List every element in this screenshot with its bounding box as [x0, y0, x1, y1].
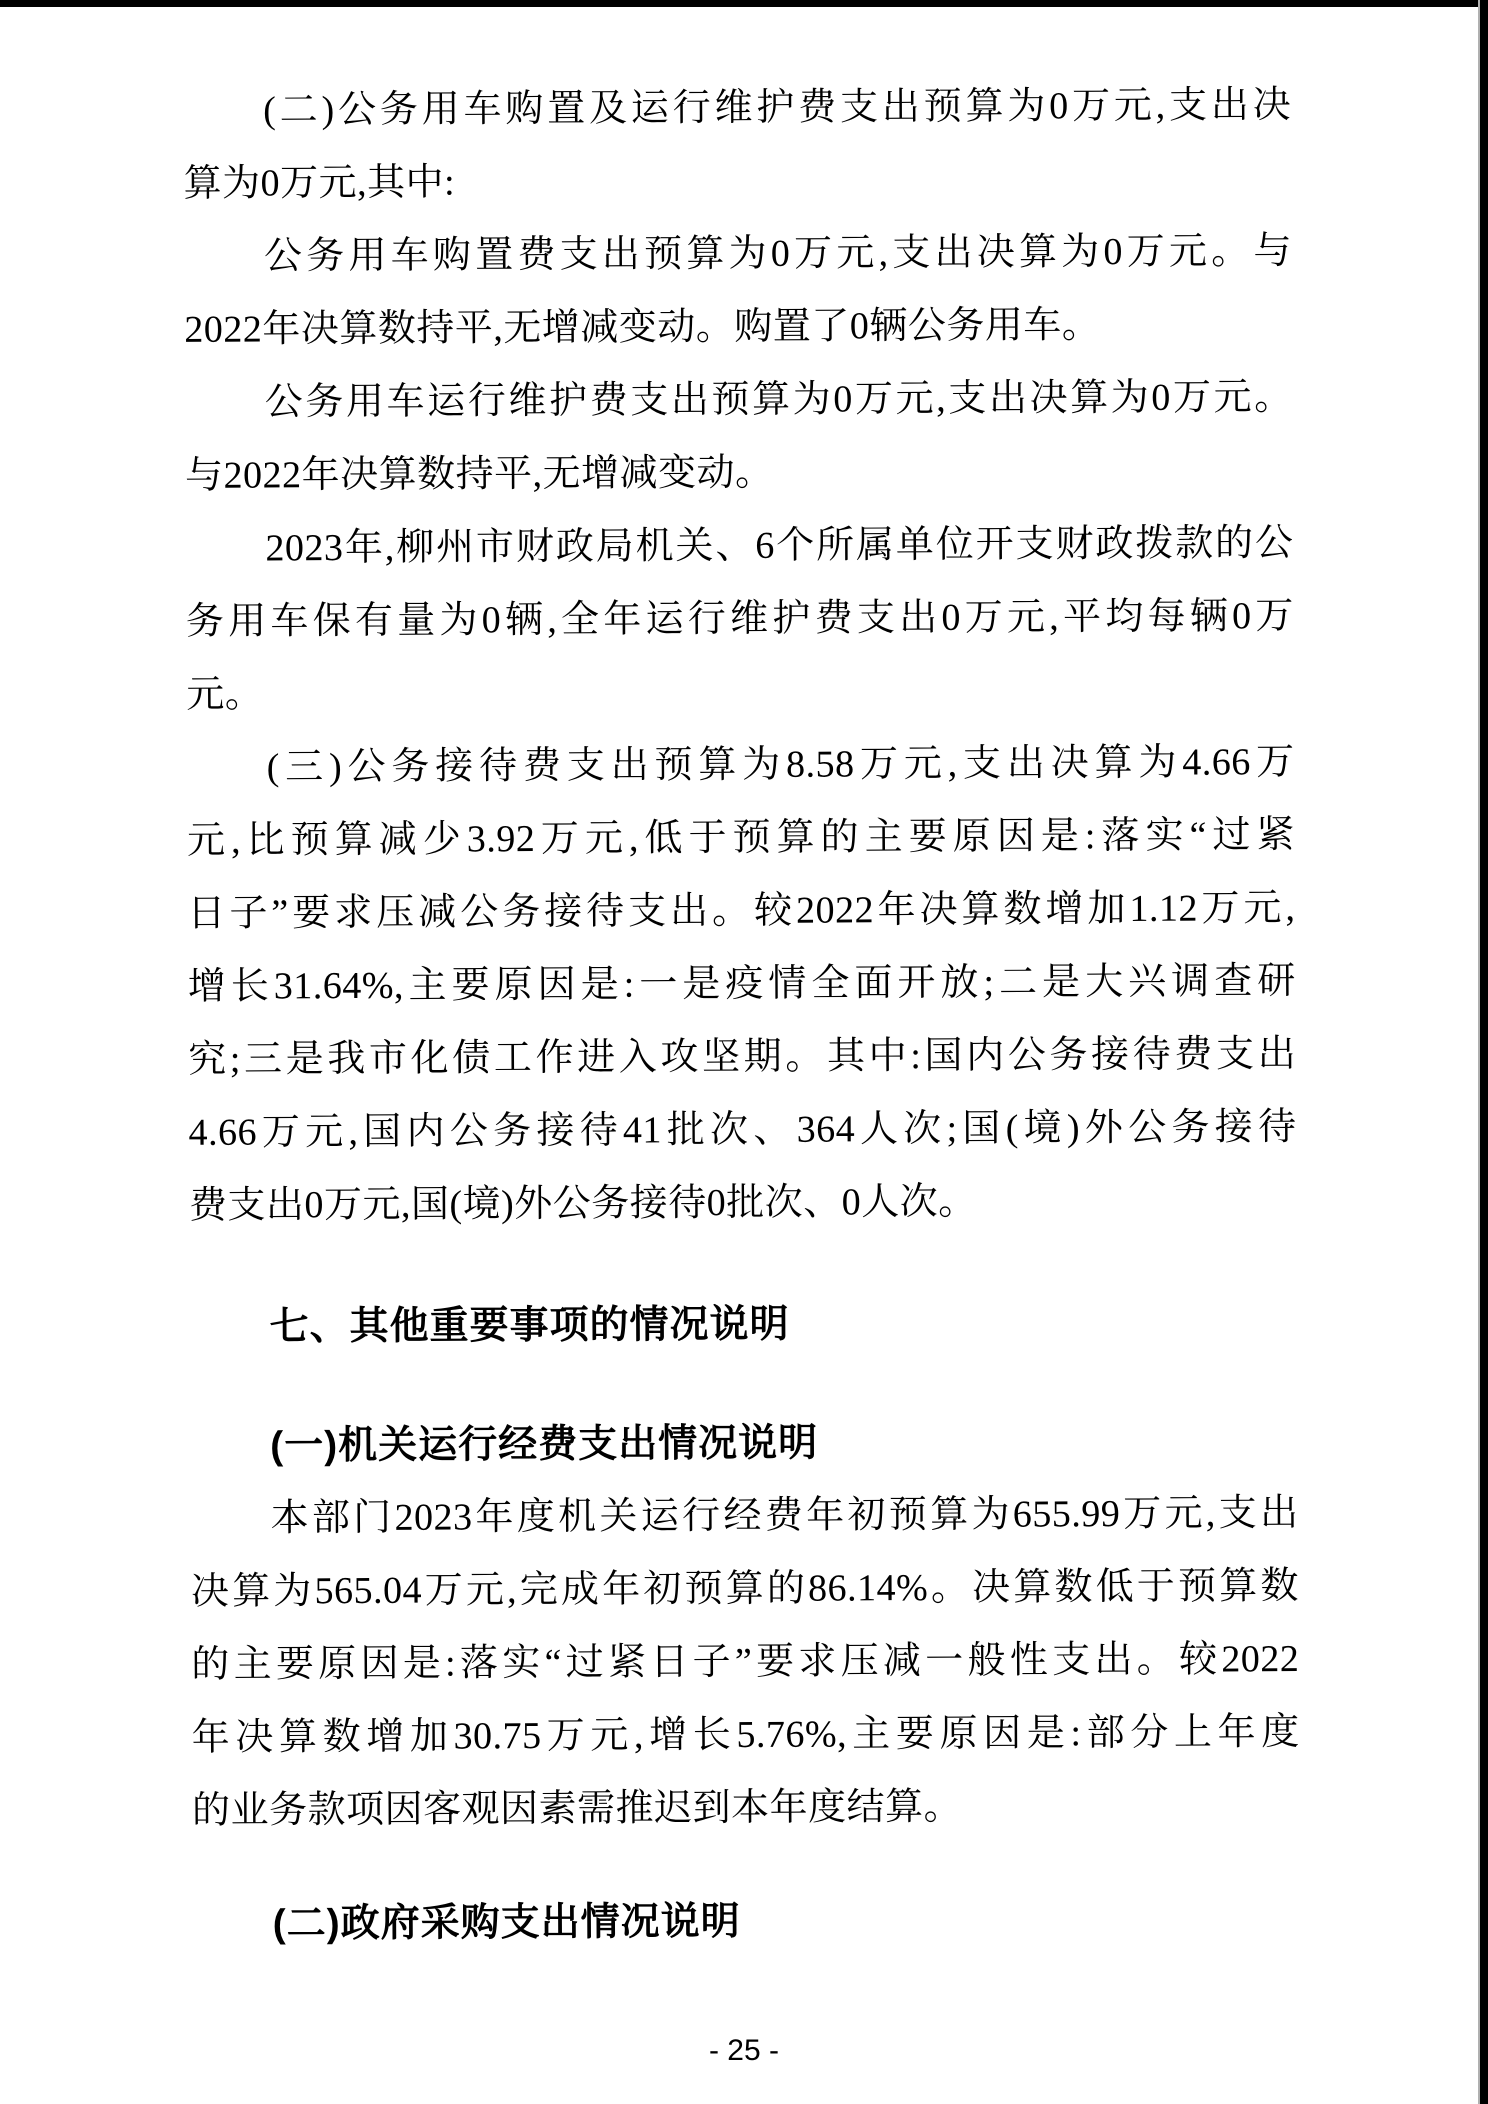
body-line: 年决算数增加30.75万元,增长5.76%,主要原因是:部分上年度 — [192, 1696, 1300, 1775]
page-number: - 25 - — [0, 2034, 1488, 2068]
para-agency-operating-expense: 本部门2023年度机关运行经费年初预算为655.99万元,支出 决算为565.0… — [190, 1477, 1300, 1848]
para-vehicle-purchase-fee: 公务用车购置费支出预算为0万元,支出决算为0万元。与 2022年决算数持平,无增… — [184, 215, 1293, 367]
subsection-one-heading: (一)机关运行经费支出情况说明 — [190, 1404, 1298, 1483]
body-line: 公务用车运行维护费支出预算为0万元,支出决算为0万元。 — [185, 361, 1293, 440]
para-vehicle-fleet-2023: 2023年,柳州市财政局机关、6个所属单位开支财政拨款的公 务用车保有量为0辆,… — [185, 507, 1294, 732]
body-line: 算为0万元,其中: — [183, 142, 1291, 221]
body-line: 本部门2023年度机关运行经费年初预算为655.99万元,支出 — [190, 1477, 1298, 1556]
body-line: 费支出0万元,国(境)外公务接待0批次、0人次。 — [189, 1164, 1297, 1243]
body-line: 公务用车购置费支出预算为0万元,支出决算为0万元。与 — [184, 215, 1292, 294]
para-vehicle-purchase-and-maintenance-total: (二)公务用车购置及运行维护费支出预算为0万元,支出决 算为0万元,其中: — [183, 69, 1292, 221]
document-body: (二)公务用车购置及运行维护费支出预算为0万元,支出决 算为0万元,其中: 公务… — [183, 69, 1301, 1961]
body-line: 务用车保有量为0辆,全年运行维护费支出0万元,平均每辆0万 — [186, 580, 1294, 659]
body-line: (三)公务接待费支出预算为8.58万元,支出决算为4.66万 — [186, 726, 1294, 805]
body-line: 增长31.64%,主要原因是:一是疫情全面开放;二是大兴调查研 — [188, 945, 1296, 1024]
section-seven-heading: 七、其他重要事项的情况说明 — [189, 1285, 1297, 1364]
body-line: 元,比预算减少3.92万元,低于预算的主要原因是:落实“过紧 — [187, 799, 1295, 878]
body-line: 元。 — [186, 653, 1294, 732]
body-line: 4.66万元,国内公务接待41批次、364人次;国(境)外公务接待 — [188, 1091, 1296, 1170]
body-line: 2022年决算数持平,无增减变动。购置了0辆公务用车。 — [184, 288, 1292, 367]
scanned-document-page: { "colors": { "text": "#000000", "paper"… — [0, 0, 1488, 2104]
body-line: 究;三是我市化债工作进入攻坚期。其中:国内公务接待费支出 — [188, 1018, 1296, 1097]
body-line: 2023年,柳州市财政局机关、6个所属单位开支财政拨款的公 — [185, 507, 1293, 586]
scan-edge-right — [1480, 0, 1488, 2104]
para-official-reception-fee: (三)公务接待费支出预算为8.58万元,支出决算为4.66万 元,比预算减少3.… — [186, 726, 1297, 1243]
body-line: 日子”要求压减公务接待支出。较2022年决算数增加1.12万元, — [187, 872, 1295, 951]
scan-edge-top — [0, 0, 1488, 7]
body-line: 决算为565.04万元,完成年初预算的86.14%。决算数低于预算数 — [191, 1550, 1299, 1629]
body-line: 的主要原因是:落实“过紧日子”要求压减一般性支出。较2022 — [191, 1623, 1299, 1702]
body-line: 的业务款项因客观因素需推迟到本年度结算。 — [192, 1769, 1300, 1848]
body-line: 与2022年决算数持平,无增减变动。 — [185, 434, 1293, 513]
para-vehicle-maintenance-fee: 公务用车运行维护费支出预算为0万元,支出决算为0万元。 与2022年决算数持平,… — [185, 361, 1294, 513]
subsection-two-heading: (二)政府采购支出情况说明 — [193, 1882, 1301, 1961]
body-line: (二)公务用车购置及运行维护费支出预算为0万元,支出决 — [183, 69, 1291, 148]
